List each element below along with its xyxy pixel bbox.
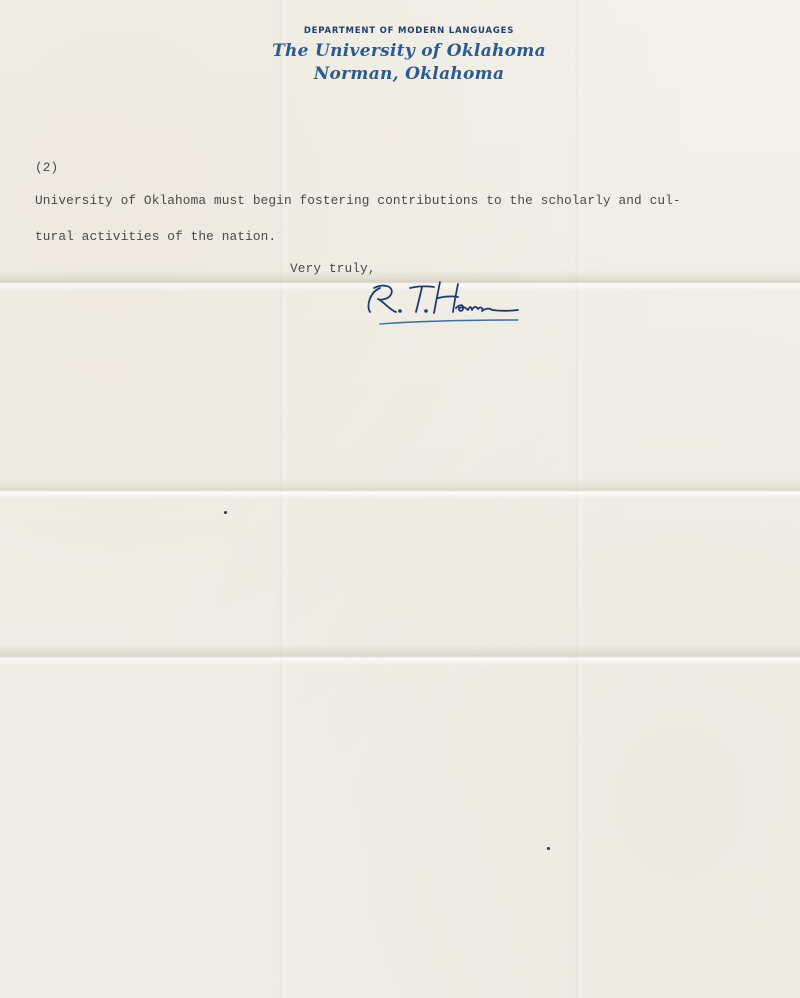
- institution-location: Norman, Oklahoma: [18, 64, 800, 84]
- department-name: DEPARTMENT OF MODERN LANGUAGES: [18, 26, 800, 36]
- institution-name: The University of Oklahoma: [18, 41, 800, 61]
- body-line: tural activities of the nation.: [35, 229, 276, 244]
- page-number: (2): [35, 160, 58, 175]
- letterhead: DEPARTMENT OF MODERN LANGUAGES The Unive…: [0, 26, 800, 84]
- paper-fold: [0, 478, 800, 500]
- closing: Very truly,: [290, 261, 376, 276]
- paper-fold: [0, 644, 800, 666]
- letter-page: DEPARTMENT OF MODERN LANGUAGES The Unive…: [0, 0, 800, 998]
- paper-speck: [224, 511, 227, 514]
- paper-speck: [547, 847, 550, 850]
- body-line: University of Oklahoma must begin foster…: [35, 193, 681, 208]
- signature: R. T. House: [360, 278, 530, 330]
